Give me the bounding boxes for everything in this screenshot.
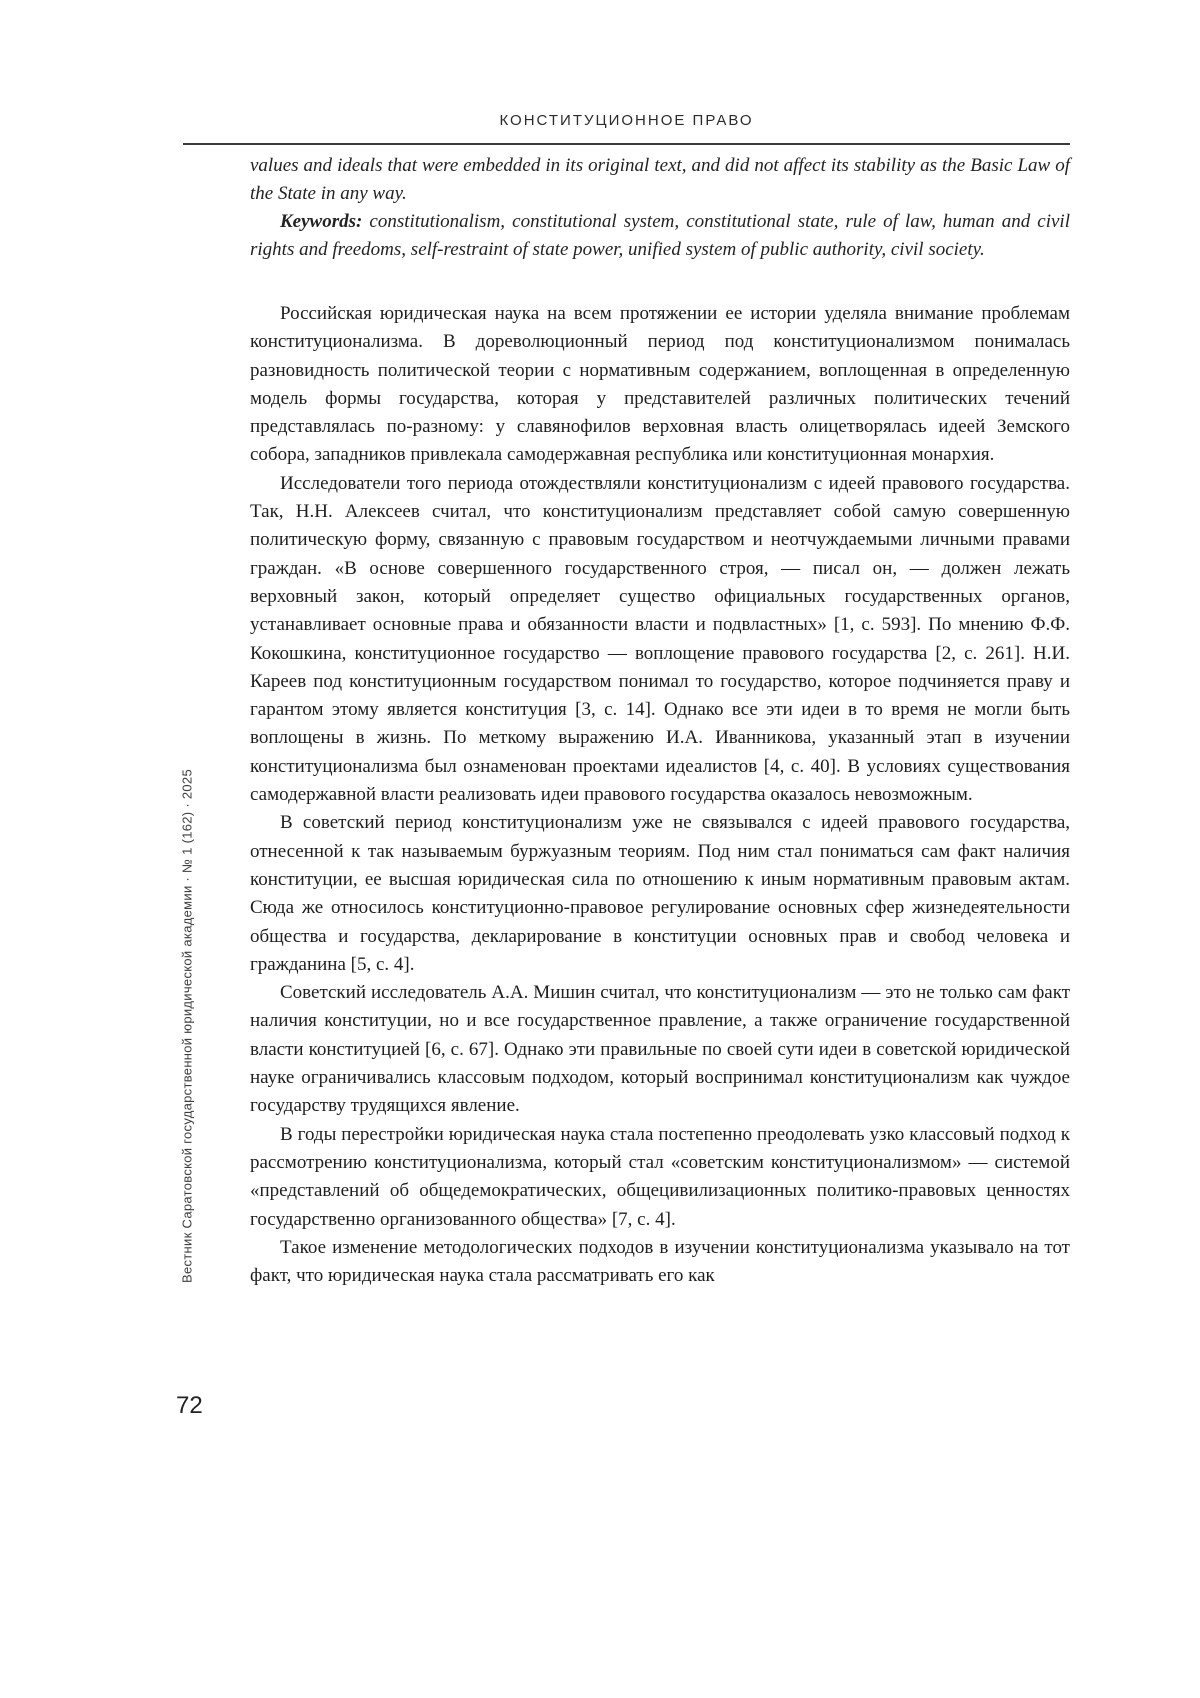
page-number: 72	[176, 1392, 203, 1420]
keywords-label: Keywords:	[280, 211, 362, 232]
keywords-text: constitutionalism, constitutional system…	[250, 211, 1070, 260]
paragraph: В советский период конституционализм уже…	[250, 809, 1070, 979]
journal-spine-caption: Вестник Саратовской государственной юрид…	[180, 769, 195, 1283]
paragraph: Такое изменение методологических подходо…	[250, 1234, 1070, 1291]
paragraph: Советский исследователь А.А. Мишин счита…	[250, 979, 1070, 1120]
paragraph: Исследователи того периода отождествляли…	[250, 470, 1070, 810]
journal-page: КОНСТИТУЦИОННОЕ ПРАВО values and ideals …	[0, 0, 1200, 1698]
article-body: Российская юридическая наука на всем про…	[250, 300, 1070, 1290]
abstract-continuation-text: values and ideals that were embedded in …	[250, 152, 1070, 208]
abstract-block: values and ideals that were embedded in …	[250, 152, 1070, 264]
paragraph: Российская юридическая наука на всем про…	[250, 300, 1070, 470]
keywords-line: Keywords: constitutionalism, constitutio…	[250, 208, 1070, 264]
header-rule	[183, 143, 1070, 145]
running-head-section-title: КОНСТИТУЦИОННОЕ ПРАВО	[183, 112, 1070, 129]
paragraph: В годы перестройки юридическая наука ста…	[250, 1121, 1070, 1234]
